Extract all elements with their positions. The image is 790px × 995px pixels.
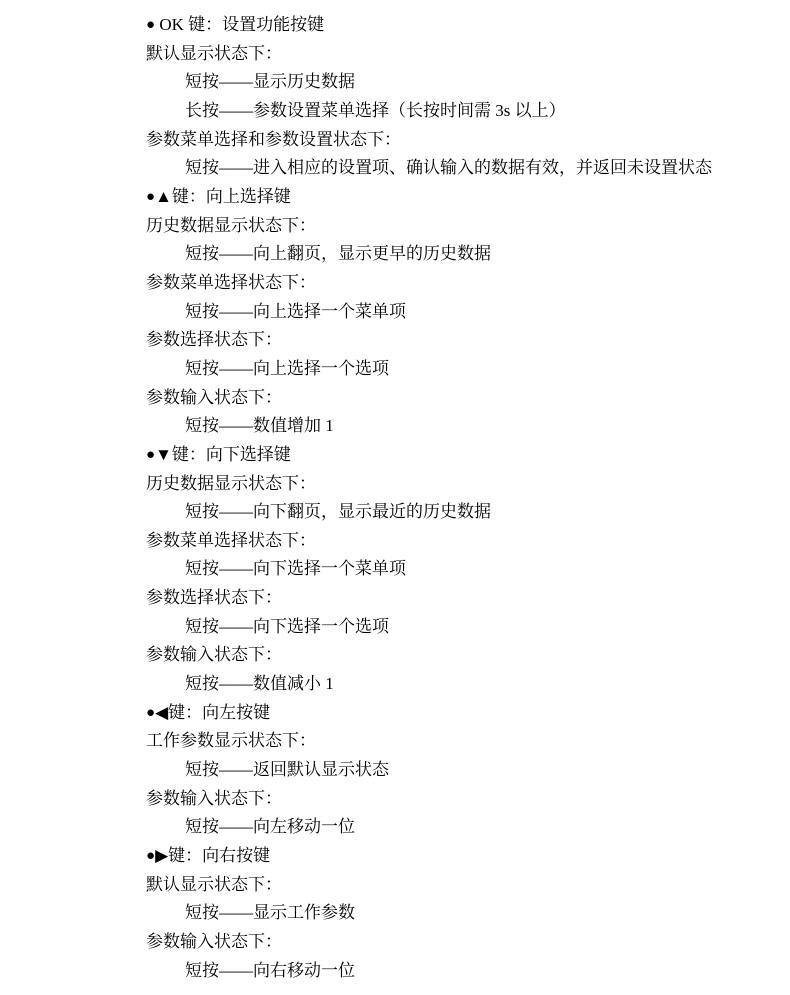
section-heading-ok: ● OK 键：设置功能按键: [146, 11, 760, 40]
manual-page: ● OK 键：设置功能按键 默认显示状态下： 短按——显示历史数据 长按——参数…: [0, 0, 790, 995]
state-label: 参数选择状态下：: [146, 584, 760, 613]
action-text: 短按——显示工作参数: [185, 899, 760, 928]
action-text: 短按——向左移动一位: [185, 813, 760, 842]
state-label: 参数菜单选择状态下：: [146, 527, 760, 556]
state-label: 参数菜单选择状态下：: [146, 269, 760, 298]
bullet-icon: ●: [146, 842, 155, 871]
heading-label: 键：向下选择键: [172, 445, 291, 464]
bullet-icon: ●: [146, 11, 155, 40]
action-text: 短按——数值减小 1: [185, 670, 760, 699]
action-text: 短按——向下选择一个选项: [185, 613, 760, 642]
state-label: 参数选择状态下：: [146, 326, 760, 355]
state-label: 参数输入状态下：: [146, 384, 760, 413]
state-label: 参数输入状态下：: [146, 785, 760, 814]
section-heading-right: ●▶键：向右按键: [146, 842, 760, 871]
section-heading-up: ●▲键：向上选择键: [146, 183, 760, 212]
action-text: 短按——显示历史数据: [185, 68, 760, 97]
up-triangle-icon: ▲: [155, 187, 172, 206]
action-text: 短按——向下选择一个菜单项: [185, 555, 760, 584]
action-text: 短按——向右移动一位: [185, 957, 760, 986]
bullet-icon: ●: [146, 441, 155, 470]
heading-label: 键：设置功能按键: [188, 15, 324, 34]
state-label: 工作参数显示状态下：: [146, 727, 760, 756]
heading-label: 键：向右按键: [168, 846, 270, 865]
state-label: 默认显示状态下：: [146, 871, 760, 900]
state-label: 历史数据显示状态下：: [146, 212, 760, 241]
down-triangle-icon: ▼: [155, 445, 172, 464]
action-text: 短按——进入相应的设置项、确认输入的数据有效，并返回未设置状态: [185, 154, 760, 183]
action-text: 短按——向上选择一个菜单项: [185, 298, 760, 327]
left-triangle-icon: ◀: [155, 703, 168, 722]
state-label: 默认显示状态下：: [146, 40, 760, 69]
bullet-icon: ●: [146, 699, 155, 728]
bullet-icon: ●: [146, 183, 155, 212]
section-heading-down: ●▼键：向下选择键: [146, 441, 760, 470]
state-label: 历史数据显示状态下：: [146, 470, 760, 499]
action-text: 短按——向上选择一个选项: [185, 355, 760, 384]
action-text: 短按——向上翻页，显示更早的历史数据: [185, 240, 760, 269]
action-text: 长按——参数设置菜单选择（长按时间需 3s 以上）: [185, 97, 760, 126]
section-heading-left: ●◀键：向左按键: [146, 699, 760, 728]
action-text: 短按——向下翻页，显示最近的历史数据: [185, 498, 760, 527]
action-text: 短按——返回默认显示状态: [185, 756, 760, 785]
state-label: 参数菜单选择和参数设置状态下：: [146, 126, 760, 155]
heading-label: 键：向左按键: [168, 703, 270, 722]
key-symbol-ok: OK: [155, 15, 188, 34]
action-text: 短按——数值增加 1: [185, 412, 760, 441]
state-label: 参数输入状态下：: [146, 641, 760, 670]
state-label: 参数输入状态下：: [146, 928, 760, 957]
right-triangle-icon: ▶: [155, 846, 168, 865]
heading-label: 键：向上选择键: [172, 187, 291, 206]
